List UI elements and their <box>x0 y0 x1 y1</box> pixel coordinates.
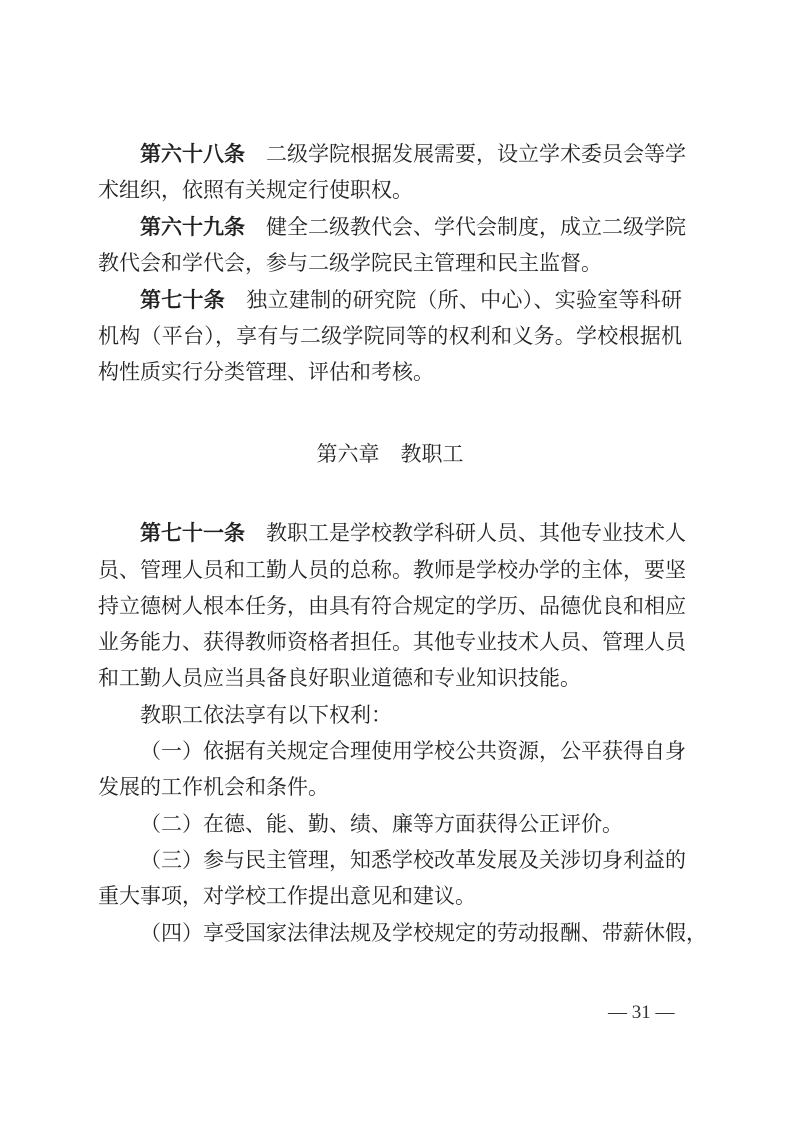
article-70-line-2: 机构（平台），享有与二级学院同等的权利和义务。学校根据机 <box>98 322 682 350</box>
right-3-line-1: （三）参与民主管理，知悉学校改革发展及关涉切身利益的 <box>98 846 682 874</box>
article-69-heading: 第六十九条 <box>140 215 245 239</box>
right-3-line-2: 重大事项，对学校工作提出意见和建议。 <box>98 882 682 910</box>
right-4-line-1: （四）享受国家法律法规及学校规定的劳动报酬、带薪休假， <box>98 919 682 947</box>
article-68-heading: 第六十八条 <box>140 142 245 166</box>
article-70-line-1: 第七十条 独立建制的研究院（所、中心）、实验室等科研 <box>98 286 682 314</box>
article-71-line-2: 员、管理人员和工勤人员的总称。教师是学校办学的主体，要坚 <box>98 556 682 584</box>
chapter-title: 第六章 教职工 <box>98 440 682 468</box>
page-number: — 31 — <box>608 1002 675 1024</box>
article-71-heading: 第七十一条 <box>140 521 245 545</box>
document-page: 第六十八条 二级学院根据发展需要，设立学术委员会等学 术组织，依照有关规定行使职… <box>98 0 682 1121</box>
article-71-line-3: 持立德树人根本任务，由具有符合规定的学历、品德优良和相应 <box>98 592 682 620</box>
article-69-line-2: 教代会和学代会，参与二级学院民主管理和民主监督。 <box>98 249 682 277</box>
article-71-line-5: 和工勤人员应当具备良好职业道德和专业知识技能。 <box>98 664 682 692</box>
right-1-line-1: （一）依据有关规定合理使用学校公共资源，公平获得自身 <box>98 737 682 765</box>
rights-intro: 教职工依法享有以下权利： <box>98 701 682 729</box>
article-68-line-1: 第六十八条 二级学院根据发展需要，设立学术委员会等学 <box>98 140 682 168</box>
article-71-line-1: 第七十一条 教职工是学校教学科研人员、其他专业技术人 <box>98 519 682 547</box>
right-2-line-1: （二）在德、能、勤、绩、廉等方面获得公正评价。 <box>98 810 682 838</box>
right-1-line-2: 发展的工作机会和条件。 <box>98 773 682 801</box>
article-68-line-2: 术组织，依照有关规定行使职权。 <box>98 176 682 204</box>
article-70-line-3: 构性质实行分类管理、评估和考核。 <box>98 358 682 386</box>
article-70-heading: 第七十条 <box>140 288 225 312</box>
article-71-line-4: 业务能力、获得教师资格者担任。其他专业技术人员、管理人员 <box>98 628 682 656</box>
article-69-line-1: 第六十九条 健全二级教代会、学代会制度，成立二级学院 <box>98 213 682 241</box>
